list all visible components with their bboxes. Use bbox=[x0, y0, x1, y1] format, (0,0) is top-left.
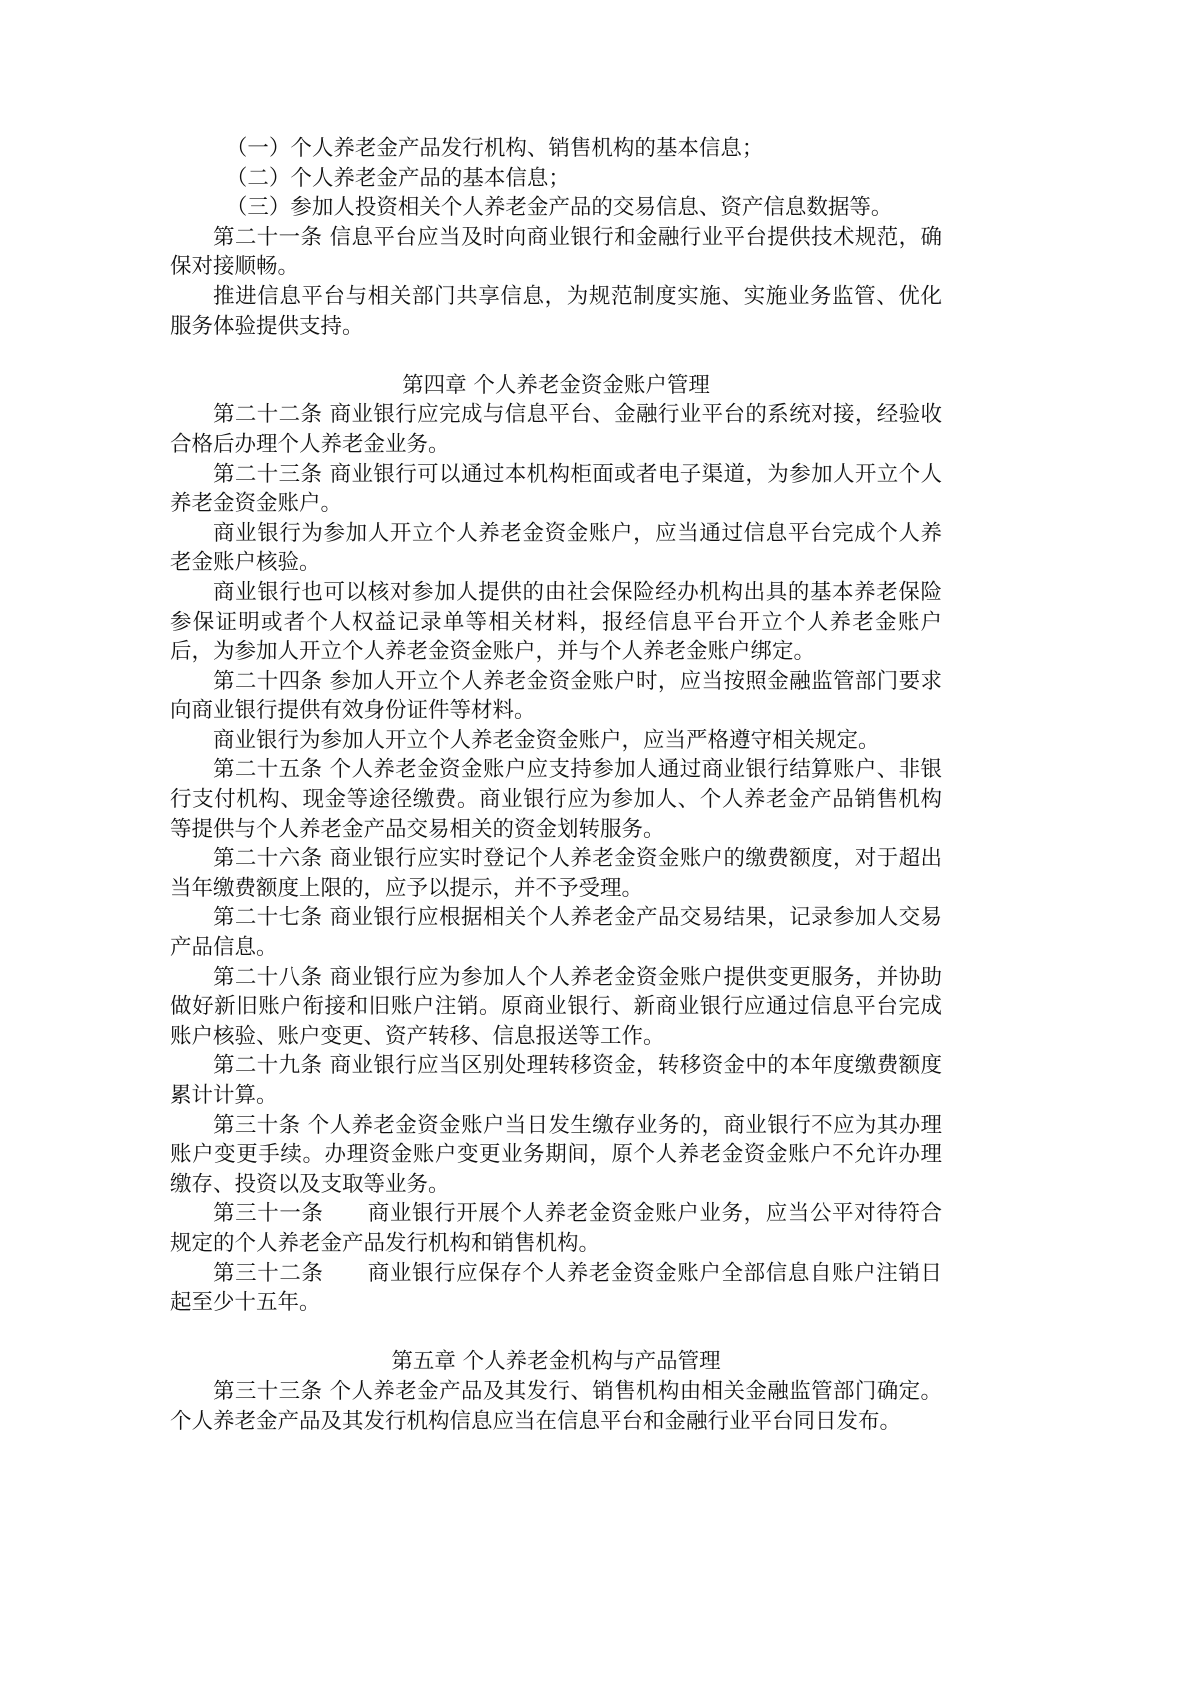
article-21: 第二十一条 信息平台应当及时向商业银行和金融行业平台提供技术规范，确保对接顺畅。 bbox=[170, 223, 942, 282]
article-33: 第三十三条 个人养老金产品及其发行、销售机构由相关金融监管部门确定。个人养老金产… bbox=[170, 1377, 942, 1436]
chapter-5-heading: 第五章 个人养老金机构与产品管理 bbox=[170, 1318, 942, 1377]
list-item-3: （三）参加人投资相关个人养老金产品的交易信息、资产信息数据等。 bbox=[170, 193, 942, 223]
document-page: （一）个人养老金产品发行机构、销售机构的基本信息； （二）个人养老金产品的基本信… bbox=[170, 134, 942, 1436]
article-29: 第二十九条 商业银行应当区别处理转移资金，转移资金中的本年度缴费额度累计计算。 bbox=[170, 1051, 942, 1110]
paragraph: 商业银行为参加人开立个人养老金资金账户，应当严格遵守相关规定。 bbox=[170, 726, 942, 756]
article-25: 第二十五条 个人养老金资金账户应支持参加人通过商业银行结算账户、非银行支付机构、… bbox=[170, 755, 942, 844]
paragraph: 商业银行为参加人开立个人养老金资金账户，应当通过信息平台完成个人养老金账户核验。 bbox=[170, 519, 942, 578]
article-31: 第三十一条 商业银行开展个人养老金资金账户业务，应当公平对待符合规定的个人养老金… bbox=[170, 1199, 942, 1258]
chapter-4-heading: 第四章 个人养老金资金账户管理 bbox=[170, 341, 942, 400]
article-30: 第三十条 个人养老金资金账户当日发生缴存业务的，商业银行不应为其办理账户变更手续… bbox=[170, 1111, 942, 1200]
article-23: 第二十三条 商业银行可以通过本机构柜面或者电子渠道，为参加人开立个人养老金资金账… bbox=[170, 460, 942, 519]
article-32: 第三十二条 商业银行应保存个人养老金资金账户全部信息自账户注销日起至少十五年。 bbox=[170, 1259, 942, 1318]
list-item-1: （一）个人养老金产品发行机构、销售机构的基本信息； bbox=[170, 134, 942, 164]
list-item-2: （二）个人养老金产品的基本信息； bbox=[170, 164, 942, 194]
article-22: 第二十二条 商业银行应完成与信息平台、金融行业平台的系统对接，经验收合格后办理个… bbox=[170, 400, 942, 459]
article-24: 第二十四条 参加人开立个人养老金资金账户时，应当按照金融监管部门要求向商业银行提… bbox=[170, 667, 942, 726]
article-26: 第二十六条 商业银行应实时登记个人养老金资金账户的缴费额度，对于超出当年缴费额度… bbox=[170, 844, 942, 903]
article-28: 第二十八条 商业银行应为参加人个人养老金资金账户提供变更服务，并协助做好新旧账户… bbox=[170, 963, 942, 1052]
article-27: 第二十七条 商业银行应根据相关个人养老金产品交易结果，记录参加人交易产品信息。 bbox=[170, 903, 942, 962]
paragraph: 商业银行也可以核对参加人提供的由社会保险经办机构出具的基本养老保险参保证明或者个… bbox=[170, 578, 942, 667]
paragraph: 推进信息平台与相关部门共享信息，为规范制度实施、实施业务监管、优化服务体验提供支… bbox=[170, 282, 942, 341]
